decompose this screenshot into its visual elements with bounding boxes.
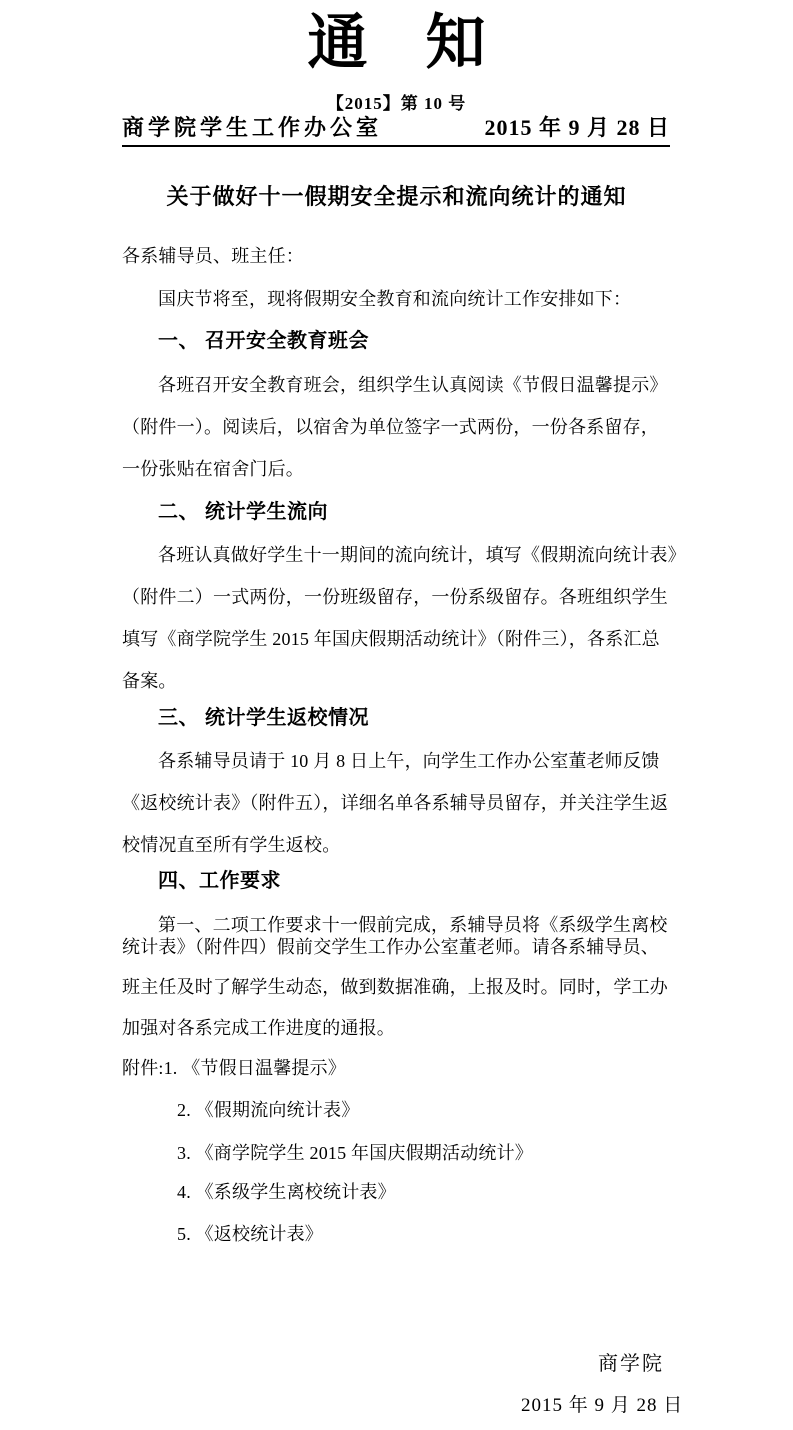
body-line: 班主任及时了解学生动态，做到数据准确，上报及时。同时，学工办 xyxy=(122,976,668,998)
issuer-row: 商学院学生工作办公室 2015 年 9 月 28 日 xyxy=(122,116,670,147)
body-line: 填写《商学院学生 2015 年国庆假期活动统计》（附件三），各系汇总 xyxy=(122,628,660,650)
document-title: 通 知 xyxy=(0,12,793,74)
document-number: 【2015】第 10 号 xyxy=(0,89,793,114)
attachment-line-1: 附件:1. 《节假日温馨提示》 xyxy=(122,1057,346,1079)
body-line: 各班认真做好学生十一期间的流向统计，填写《假期流向统计表》 xyxy=(122,544,686,566)
body-line: 统计表》（附件四）假前交学生工作办公室董老师。请各系辅导员、 xyxy=(122,936,659,958)
signature-org: 商学院 xyxy=(598,1347,664,1376)
title-char-tong: 通 xyxy=(308,12,368,74)
section-1-heading: 一、 召开安全教育班会 xyxy=(122,330,369,352)
body-line: 加强对各系完成工作进度的通报。 xyxy=(122,1017,395,1039)
section-2-heading: 二、 统计学生流向 xyxy=(122,501,328,523)
body-line: 一份张贴在宿舍门后。 xyxy=(122,458,304,480)
attachment-line-3: 3. 《商学院学生 2015 年国庆假期活动统计》 xyxy=(122,1142,533,1164)
section-3-heading: 三、 统计学生返校情况 xyxy=(122,707,369,729)
attachment-line-5: 5. 《返校统计表》 xyxy=(122,1223,323,1245)
attachment-line-4: 4. 《系级学生离校统计表》 xyxy=(122,1181,396,1203)
body-line: （附件二）一式两份，一份班级留存，一份系级留存。各班组织学生 xyxy=(122,586,668,608)
body-line: 《返校统计表》（附件五），详细名单各系辅导员留存，并关注学生返 xyxy=(122,792,668,814)
body-line: （附件一）。阅读后，以宿舍为单位签字一式两份，一份各系留存， xyxy=(122,416,659,438)
attachment-line-2: 2. 《假期流向统计表》 xyxy=(122,1099,359,1121)
notice-document-page: 通 知 【2015】第 10 号 商学院学生工作办公室 2015 年 9 月 2… xyxy=(0,0,793,1430)
body-line: 各系辅导员请于 10 月 8 日上午，向学生工作办公室董老师反馈 xyxy=(122,750,659,772)
body-line: 第一、二项工作要求十一假前完成，系辅导员将《系级学生离校 xyxy=(122,914,668,936)
body-line: 备案。 xyxy=(122,670,177,692)
body-line: 各班召开安全教育班会，组织学生认真阅读《节假日温馨提示》 xyxy=(122,374,668,396)
issuer-name: 商学院学生工作办公室 xyxy=(122,116,382,140)
body-line: 校情况直至所有学生返校。 xyxy=(122,834,340,856)
subject-heading: 关于做好十一假期安全提示和流向统计的通知 xyxy=(0,180,793,211)
title-char-zhi: 知 xyxy=(426,12,486,74)
section-4-heading: 四、工作要求 xyxy=(122,870,281,892)
intro-line: 国庆节将至，现将假期安全教育和流向统计工作安排如下： xyxy=(122,288,631,310)
issue-date: 2015 年 9 月 28 日 xyxy=(484,116,670,140)
signature-date: 2015 年 9 月 28 日 xyxy=(521,1390,683,1417)
salutation-line: 各系辅导员、班主任： xyxy=(122,245,304,267)
